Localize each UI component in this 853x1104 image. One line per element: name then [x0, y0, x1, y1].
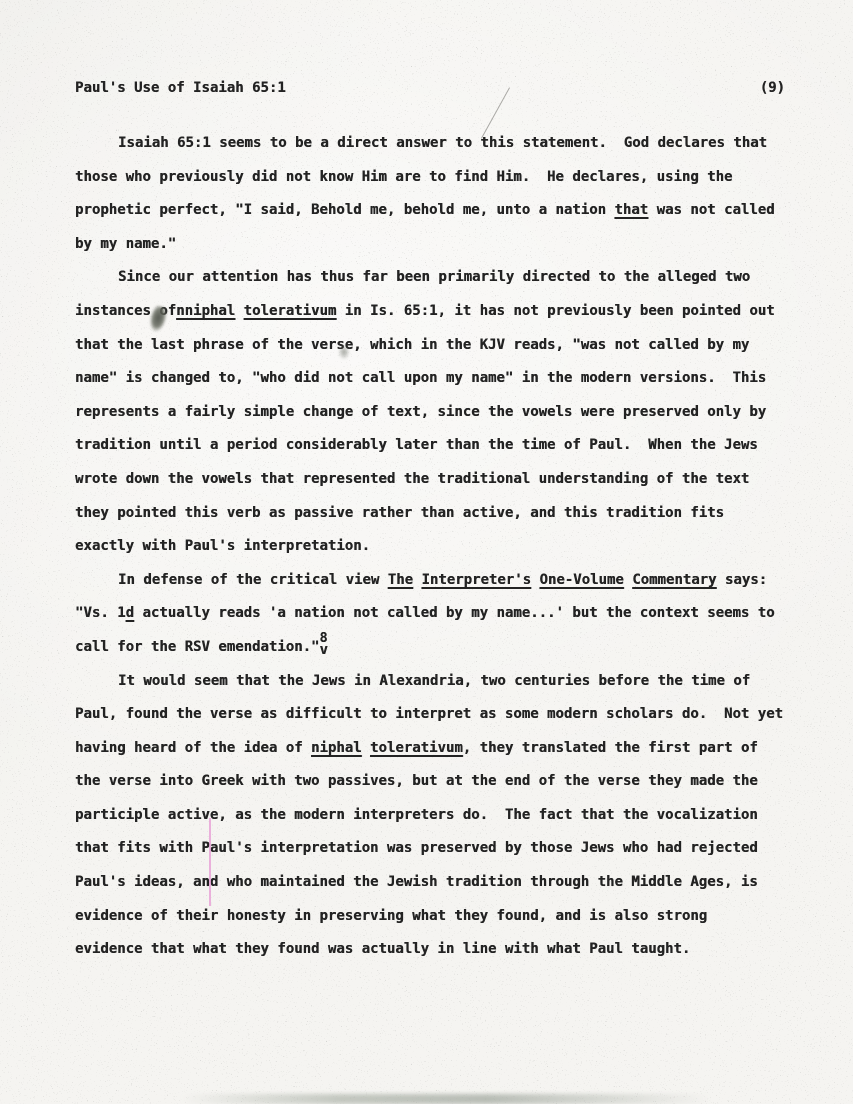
- underlined-text-run: Interpreter's: [421, 572, 531, 588]
- text-run: name" is changed to, "who did not call u…: [75, 370, 766, 386]
- text-run: exactly with Paul's interpretation.: [75, 538, 370, 554]
- text-line: name" is changed to, "who did not call u…: [75, 362, 805, 396]
- text-line: represents a fairly simple change of tex…: [75, 396, 805, 430]
- text-run: Since our attention has thus far been pr…: [118, 269, 750, 285]
- text-run: having heard of the idea of: [75, 740, 311, 756]
- page-title: Paul's Use of Isaiah 65:1: [75, 80, 286, 96]
- underlined-text-run: that: [614, 202, 648, 218]
- underlined-text-run: The: [388, 572, 413, 588]
- text-run: wrote down the vowels that represented t…: [75, 471, 749, 487]
- text-line: It would seem that the Jews in Alexandri…: [75, 665, 805, 699]
- paragraph: In defense of the critical view The Inte…: [75, 564, 805, 665]
- text-line: Paul's ideas, and who maintained the Jew…: [75, 866, 805, 900]
- underlined-text-run: tolerativum: [370, 740, 463, 756]
- document-body: Isaiah 65:1 seems to be a direct answer …: [75, 127, 805, 967]
- text-run: that fits with Paul's interpretation was…: [75, 840, 758, 856]
- text-line: Since our attention has thus far been pr…: [75, 261, 805, 295]
- text-run: evidence of their honesty in preserving …: [75, 908, 707, 924]
- paragraph: Since our attention has thus far been pr…: [75, 261, 805, 563]
- text-line: Paul, found the verse as difficult to in…: [75, 698, 805, 732]
- text-run: [362, 740, 370, 756]
- underlined-text-run: nniphal: [176, 303, 235, 319]
- text-line: the verse into Greek with two passives, …: [75, 765, 805, 799]
- overstruck-character: v: [319, 634, 327, 668]
- page-header: Paul's Use of Isaiah 65:1 (9): [75, 80, 785, 96]
- text-line: instances ofnniphal tolerativum in Is. 6…: [75, 295, 805, 329]
- underlined-text-run: tolerativum: [244, 303, 337, 319]
- text-line: call for the RSV emendation."8v: [75, 631, 805, 665]
- text-line: participle active, as the modern interpr…: [75, 799, 805, 833]
- footnote-marker-8: 8v: [319, 637, 328, 651]
- text-line: wrote down the vowels that represented t…: [75, 463, 805, 497]
- text-run: Paul's ideas, and who maintained the Jew…: [75, 874, 758, 890]
- paragraph: Isaiah 65:1 seems to be a direct answer …: [75, 127, 805, 261]
- text-line: that the last phrase of the verse, which…: [75, 329, 805, 363]
- text-run: , they translated the first part of: [463, 740, 758, 756]
- underlined-text-run: One-Volume: [539, 572, 623, 588]
- text-run: tradition until a period considerably la…: [75, 437, 758, 453]
- text-run: actually reads 'a nation not called by m…: [134, 605, 775, 621]
- text-run: in Is. 65:1, it has not previously been …: [336, 303, 774, 319]
- text-line: "Vs. 1d actually reads 'a nation not cal…: [75, 597, 805, 631]
- text-run: those who previously did not know Him ar…: [75, 169, 732, 185]
- text-run: participle active, as the modern interpr…: [75, 807, 758, 823]
- text-run: "Vs. 1: [75, 605, 126, 621]
- text-line: prophetic perfect, "I said, Behold me, b…: [75, 194, 805, 228]
- text-run: was not called: [648, 202, 774, 218]
- underlined-text-run: Commentary: [632, 572, 716, 588]
- text-run: [235, 303, 243, 319]
- ink-blot-mark-small: [338, 344, 350, 360]
- document-page: Paul's Use of Isaiah 65:1 (9) Isaiah 65:…: [0, 0, 853, 1104]
- text-line: exactly with Paul's interpretation.: [75, 530, 805, 564]
- text-run: call for the RSV emendation.": [75, 639, 319, 655]
- pink-pen-mark: [209, 818, 211, 906]
- underlined-text-run: niphal: [311, 740, 362, 756]
- text-line: evidence that what they found was actual…: [75, 933, 805, 967]
- text-run: by my name.": [75, 236, 176, 252]
- text-run: In defense of the critical view: [118, 572, 388, 588]
- paragraph: It would seem that the Jews in Alexandri…: [75, 665, 805, 967]
- page-number: (9): [760, 80, 785, 96]
- text-line: having heard of the idea of niphal toler…: [75, 732, 805, 766]
- text-line: that fits with Paul's interpretation was…: [75, 832, 805, 866]
- underlined-text-run: d: [126, 605, 134, 621]
- text-run: Isaiah 65:1 seems to be a direct answer …: [118, 135, 767, 151]
- scan-edge-smudge: [180, 1094, 740, 1104]
- text-line: they pointed this verb as passive rather…: [75, 497, 805, 531]
- text-line: In defense of the critical view The Inte…: [75, 564, 805, 598]
- text-run: represents a fairly simple change of tex…: [75, 404, 766, 420]
- text-run: prophetic perfect, "I said, Behold me, b…: [75, 202, 614, 218]
- text-line: tradition until a period considerably la…: [75, 429, 805, 463]
- text-run: evidence that what they found was actual…: [75, 941, 690, 957]
- text-run: It would seem that the Jews in Alexandri…: [118, 673, 750, 689]
- text-run: they pointed this verb as passive rather…: [75, 505, 724, 521]
- text-run: that the last phrase of the verse, which…: [75, 337, 749, 353]
- text-run: Paul, found the verse as difficult to in…: [75, 706, 783, 722]
- text-line: evidence of their honesty in preserving …: [75, 900, 805, 934]
- text-line: Isaiah 65:1 seems to be a direct answer …: [75, 127, 805, 161]
- text-run: the verse into Greek with two passives, …: [75, 773, 758, 789]
- text-run: [624, 572, 632, 588]
- text-line: by my name.": [75, 228, 805, 262]
- text-run: says:: [717, 572, 768, 588]
- text-line: those who previously did not know Him ar…: [75, 161, 805, 195]
